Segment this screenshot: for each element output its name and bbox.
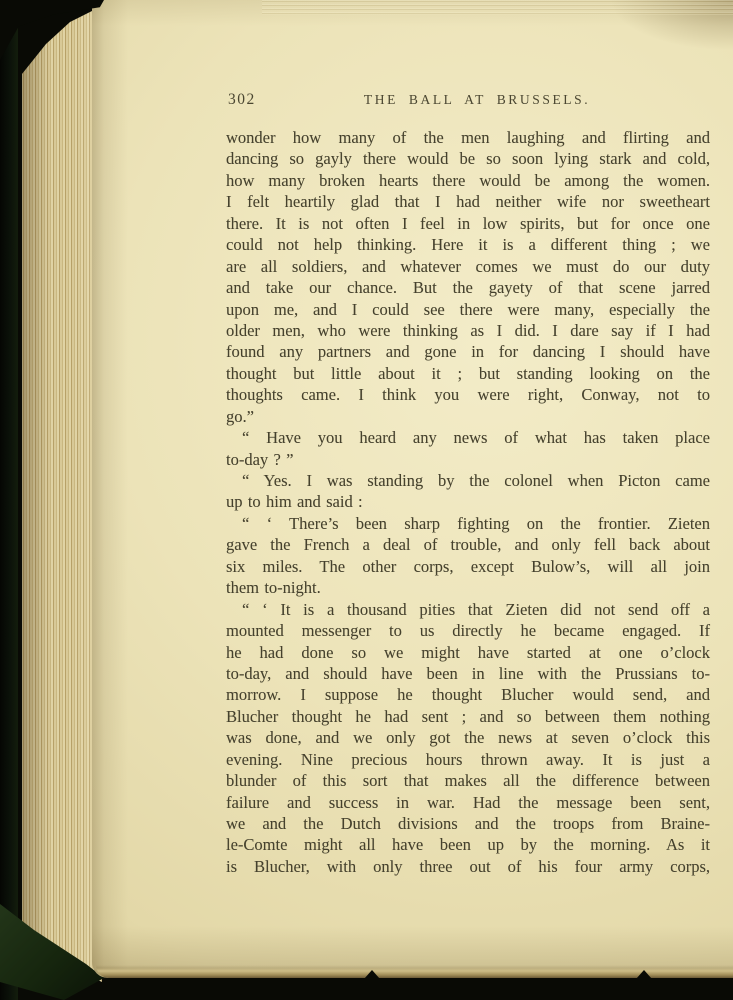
text-line: found any partners and gone in for danci…: [226, 341, 710, 362]
book-page: 302 THE BALL AT BRUSSELS. wonder how man…: [92, 0, 733, 978]
text-line: he had done so we might have started at …: [226, 642, 710, 663]
text-line: upon me, and I could see there were many…: [226, 299, 710, 320]
text-line: six miles. The other corps, except Bulow…: [226, 556, 710, 577]
text-line: there. It is not often I feel in low spi…: [226, 213, 710, 234]
page-fore-edges: [14, 0, 102, 982]
text-line: le-Comte might all have been up by the m…: [226, 834, 710, 855]
text-line: them to-night.: [226, 577, 710, 598]
text-line: Blucher thought he had sent ; and so bet…: [226, 706, 710, 727]
text-line: to-day, and should have been in line wit…: [226, 663, 710, 684]
text-line: “ Yes. I was standing by the colonel whe…: [226, 470, 710, 491]
text-line: wonder how many of the men laughing and …: [226, 127, 710, 148]
page-edge-notch: [364, 970, 380, 979]
text-line: dancing so gayly there would be so soon …: [226, 148, 710, 169]
text-line: was done, and we only got the news at se…: [226, 727, 710, 748]
running-head: THE BALL AT BRUSSELS.: [364, 92, 590, 108]
page-bottom-edge: [96, 965, 733, 978]
text-line: blunder of this sort that makes all the …: [226, 770, 710, 791]
text-line: evening. Nine precious hours thrown away…: [226, 749, 710, 770]
text-line: I felt heartily glad that I had neither …: [226, 191, 710, 212]
text-line: thoughts came. I think you were right, C…: [226, 384, 710, 405]
text-line: how many broken hearts there would be am…: [226, 170, 710, 191]
page-edge-notch: [636, 970, 652, 979]
text-line: older men, who were thinking as I did. I…: [226, 320, 710, 341]
text-line: to-day ? ”: [226, 449, 710, 470]
page-number: 302: [228, 91, 256, 109]
text-line: we and the Dutch divisions and the troop…: [226, 813, 710, 834]
text-line: are all soldiers, and whatever comes we …: [226, 256, 710, 277]
text-line: morrow. I suppose he thought Blucher wou…: [226, 684, 710, 705]
text-line: go.”: [226, 406, 710, 427]
text-line: could not help thinking. Here it is a di…: [226, 234, 710, 255]
text-line: and take our chance. But the gayety of t…: [226, 277, 710, 298]
page-header: 302 THE BALL AT BRUSSELS.: [226, 91, 710, 109]
page-text: wonder how many of the men laughing and …: [226, 127, 710, 877]
text-line: mounted messenger to us directly he beca…: [226, 620, 710, 641]
book-scan-scene: 302 THE BALL AT BRUSSELS. wonder how man…: [0, 0, 733, 1000]
text-line: “ ‘ There’s been sharp fighting on the f…: [226, 513, 710, 534]
text-line: up to him and said :: [226, 491, 710, 512]
text-line: gave the French a deal of trouble, and o…: [226, 534, 710, 555]
text-line: is Blucher, with only three out of his f…: [226, 856, 710, 877]
page-top-edge-texture: [262, 0, 733, 15]
text-line: failure and success in war. Had the mess…: [226, 792, 710, 813]
text-line: “ Have you heard any news of what has ta…: [226, 427, 710, 448]
text-line: “ ‘ It is a thousand pities that Zieten …: [226, 599, 710, 620]
text-line: thought but little about it ; but standi…: [226, 363, 710, 384]
book-cover-spine-edge: [0, 0, 18, 1000]
